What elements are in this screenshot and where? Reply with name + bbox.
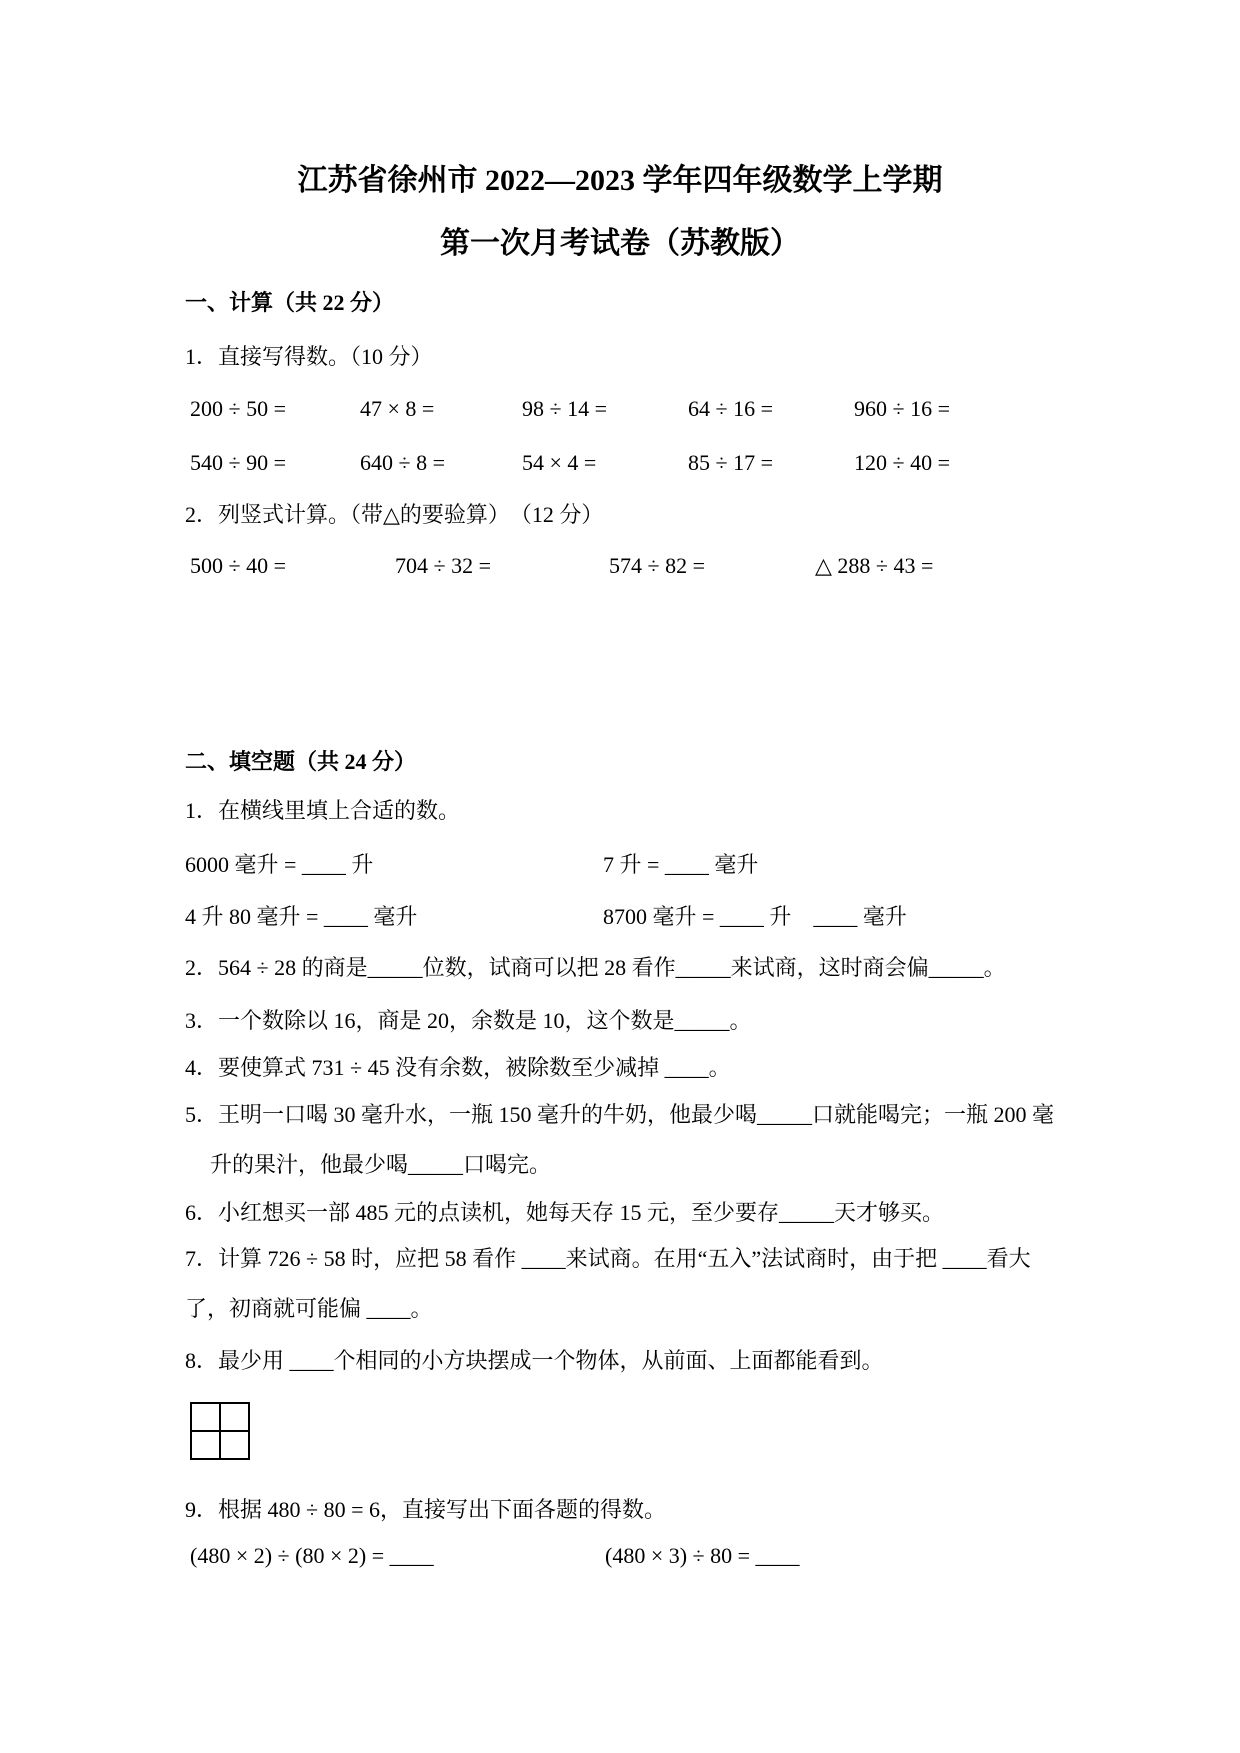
grid-cell — [191, 1403, 220, 1431]
fill-blank-conversion: 6000 毫升 = ____ 升 — [185, 851, 373, 880]
grid-cell — [220, 1431, 249, 1459]
exam-paper-page: 江苏省徐州市 2022—2023 学年四年级数学上学期 第一次月考试卷（苏教版）… — [0, 0, 1240, 1753]
equation-cell: (480 × 3) ÷ 80 = ____ — [605, 1542, 800, 1571]
equation-cell: 540 ÷ 90 = — [190, 449, 286, 478]
section2-heading: 二、填空题（共 24 分） — [185, 748, 416, 777]
page-subtitle: 第一次月考试卷（苏教版） — [0, 226, 1240, 262]
equation-cell: 960 ÷ 16 = — [854, 395, 950, 424]
s1-q2-label: 2．列竖式计算。（带△的要验算） （12 分） — [185, 501, 603, 530]
equation-cell: (480 × 2) ÷ (80 × 2) = ____ — [190, 1542, 434, 1571]
s2-q8-text: 8．最少用 ____个相同的小方块摆成一个物体，从前面、上面都能看到。 — [185, 1347, 884, 1376]
equation-cell: 574 ÷ 82 = — [609, 552, 705, 581]
equation-cell: 500 ÷ 40 = — [190, 552, 286, 581]
equation-cell: 640 ÷ 8 = — [360, 449, 445, 478]
s2-q9-label: 9．根据 480 ÷ 80 = 6，直接写出下面各题的得数。 — [185, 1496, 666, 1525]
equation-cell: 85 ÷ 17 = — [688, 449, 773, 478]
s2-q4-text: 4．要使算式 731 ÷ 45 没有余数，被除数至少减掉 ____。 — [185, 1054, 731, 1083]
s2-q7-text-line2: 了，初商就可能偏 ____。 — [185, 1295, 433, 1324]
fill-blank-conversion: 4 升 80 毫升 = ____ 毫升 — [185, 903, 417, 932]
equation-cell: 704 ÷ 32 = — [395, 552, 491, 581]
s1-q1-label: 1．直接写得数。（10 分） — [185, 343, 433, 372]
equation-cell-with-triangle: △ 288 ÷ 43 = — [815, 552, 933, 581]
page-title: 江苏省徐州市 2022—2023 学年四年级数学上学期 — [0, 163, 1240, 199]
s2-q6-text: 6．小红想买一部 485 元的点读机，她每天存 15 元，至少要存_____天才… — [185, 1199, 944, 1228]
equation-cell: 54 × 4 = — [522, 449, 596, 478]
fill-blank-conversion: 8700 毫升 = ____ 升 ____ 毫升 — [603, 903, 907, 932]
grid-cell — [191, 1431, 220, 1459]
equation-cell: 98 ÷ 14 = — [522, 395, 607, 424]
fill-blank-conversion: 7 升 = ____ 毫升 — [603, 851, 758, 880]
s2-q2-text: 2．564 ÷ 28 的商是_____位数，试商可以把 28 看作_____来试… — [185, 954, 1006, 983]
section1-heading: 一、计算（共 22 分） — [185, 289, 394, 318]
s2-q7-text-line1: 7．计算 726 ÷ 58 时，应把 58 看作 ____来试商。在用“五入”法… — [185, 1245, 1031, 1274]
s2-q3-text: 3．一个数除以 16，商是 20，余数是 10，这个数是_____。 — [185, 1007, 752, 1036]
s2-q5-text-line2: 升的果汁，他最少喝_____口喝完。 — [210, 1151, 551, 1180]
s2-q1-label: 1．在横线里填上合适的数。 — [185, 797, 460, 826]
equation-cell: 120 ÷ 40 = — [854, 449, 950, 478]
equation-cell: 47 × 8 = — [360, 395, 434, 424]
s2-q5-text-line1: 5．王明一口喝 30 毫升水，一瓶 150 毫升的牛奶，他最少喝_____口就能… — [185, 1101, 1054, 1130]
grid-cell — [220, 1403, 249, 1431]
equation-cell: 64 ÷ 16 = — [688, 395, 773, 424]
equation-cell: 200 ÷ 50 = — [190, 395, 286, 424]
cube-grid-figure — [190, 1402, 250, 1460]
